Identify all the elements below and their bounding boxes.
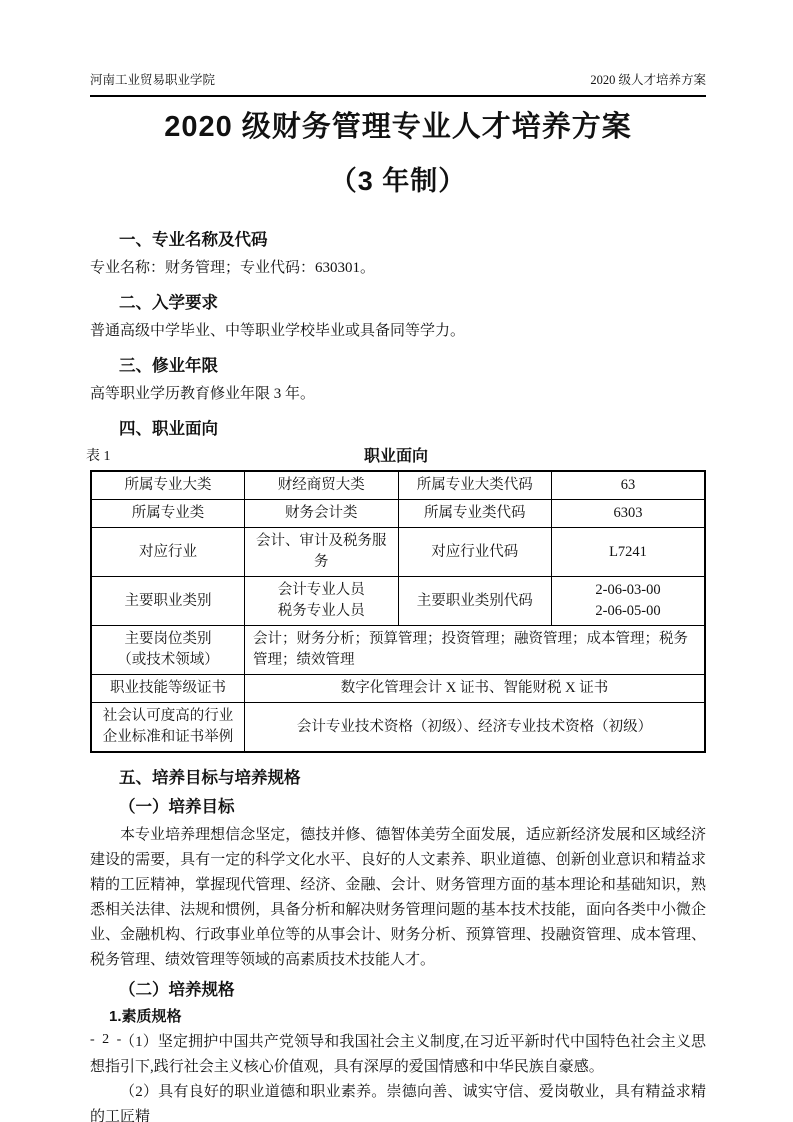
cell-value: 财务会计类: [245, 500, 399, 528]
document-title: 2020 级财务管理专业人才培养方案: [90, 109, 706, 145]
cell-value: 会计专业技术资格（初级）、经济专业技术资格（初级）: [245, 703, 706, 753]
table-caption-row: 表 1 职业面向: [86, 446, 706, 468]
section-heading-career-orientation: 四、职业面向: [90, 418, 706, 441]
table-row: 对应行业 会计、审计及税务服务 对应行业代码 L7241: [91, 528, 705, 577]
cell-label: 主要职业类别: [91, 577, 245, 626]
career-orientation-table: 所属专业大类 财经商贸大类 所属专业大类代码 63 所属专业类 财务会计类 所属…: [90, 470, 706, 753]
cell-value: 会计；财务分析；预算管理；投资管理；融资管理；成本管理；税务管理；绩效管理: [245, 626, 706, 675]
table-row: 社会认可度高的行业 企业标准和证书举例 会计专业技术资格（初级）、经济专业技术资…: [91, 703, 705, 753]
section-heading-training-goals-specs: 五、培养目标与培养规格: [90, 767, 706, 790]
cell-label: 对应行业: [91, 528, 245, 577]
table-row: 职业技能等级证书 数字化管理会计 X 证书、智能财税 X 证书: [91, 675, 705, 703]
cell-label: 主要职业类别代码: [398, 577, 552, 626]
table-caption: 职业面向: [364, 446, 428, 468]
cell-value: 6303: [552, 500, 706, 528]
subsection-heading-training-spec: （二）培养规格: [90, 979, 706, 1002]
section-body-study-duration: 高等职业学历教育修业年限 3 年。: [90, 383, 706, 406]
subsection-heading-training-goal: （一）培养目标: [90, 796, 706, 819]
cell-value: L7241: [552, 528, 706, 577]
cell-label: 社会认可度高的行业 企业标准和证书举例: [91, 703, 245, 753]
header-right-text: 2020 级人才培养方案: [590, 70, 706, 88]
cell-value: 数字化管理会计 X 证书、智能财税 X 证书: [245, 675, 706, 703]
section-heading-major-name-code: 一、专业名称及代码: [90, 229, 706, 252]
table-label: 表 1: [86, 449, 111, 464]
cell-label: 所属专业大类: [91, 471, 245, 500]
cell-label: 所属专业大类代码: [398, 471, 552, 500]
quality-spec-item-1: （1）坚定拥护中国共产党领导和我国社会主义制度,在习近平新时代中国特色社会主义思…: [90, 1030, 706, 1080]
table-row: 所属专业大类 财经商贸大类 所属专业大类代码 63: [91, 471, 705, 500]
section-body-entry-requirements: 普通高级中学毕业、中等职业学校毕业或具备同等学力。: [90, 320, 706, 343]
cell-label: 对应行业代码: [398, 528, 552, 577]
training-goal-paragraph: 本专业培养理想信念坚定，德技并修、德智体美劳全面发展，适应新经济发展和区域经济建…: [90, 823, 706, 973]
cell-value: 2-06-03-00 2-06-05-00: [552, 577, 706, 626]
table-row: 主要岗位类别 （或技术领域） 会计；财务分析；预算管理；投资管理；融资管理；成本…: [91, 626, 705, 675]
cell-label: 所属专业类代码: [398, 500, 552, 528]
cell-value: 会计、审计及税务服务: [245, 528, 399, 577]
document-page: 河南工业贸易职业学院 2020 级人才培养方案 2020 级财务管理专业人才培养…: [0, 0, 793, 1122]
section-heading-entry-requirements: 二、入学要求: [90, 292, 706, 315]
quality-spec-item-2: （2）具有良好的职业道德和职业素养。崇德向善、诚实守信、爱岗敬业，具有精益求精的…: [90, 1080, 706, 1122]
document-subtitle: （3 年制）: [90, 163, 706, 199]
cell-label: 职业技能等级证书: [91, 675, 245, 703]
section-body-major-name-code: 专业名称：财务管理；专业代码：630301。: [90, 257, 706, 280]
cell-value: 财经商贸大类: [245, 471, 399, 500]
table-row: 主要职业类别 会计专业人员 税务专业人员 主要职业类别代码 2-06-03-00…: [91, 577, 705, 626]
cell-label: 主要岗位类别 （或技术领域）: [91, 626, 245, 675]
page-number: - 2 -: [90, 1032, 123, 1048]
cell-value: 63: [552, 471, 706, 500]
section-heading-study-duration: 三、修业年限: [90, 355, 706, 378]
table-row: 所属专业类 财务会计类 所属专业类代码 6303: [91, 500, 705, 528]
header-left-text: 河南工业贸易职业学院: [90, 70, 215, 88]
page-header: 河南工业贸易职业学院 2020 级人才培养方案: [90, 70, 706, 97]
cell-value: 会计专业人员 税务专业人员: [245, 577, 399, 626]
quality-spec-heading: 1.素质规格: [90, 1006, 706, 1028]
cell-label: 所属专业类: [91, 500, 245, 528]
